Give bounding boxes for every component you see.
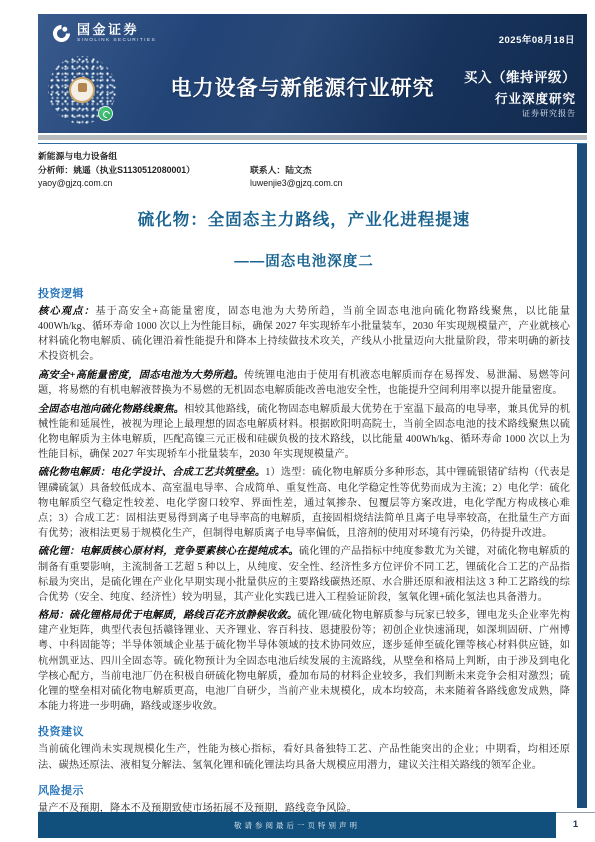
blue-divider [38, 143, 587, 145]
wechat-badge-icon [98, 106, 113, 121]
paragraph-lead: 核心观点： [38, 306, 95, 317]
section-heading: 投资建议 [38, 723, 570, 739]
paragraph-lead: 格局：硫化锂格局优于电解质，路线百花齐放静候收敛。 [38, 610, 297, 621]
brand-text: 国金证券 SINOLINK SECURITIES [77, 23, 156, 44]
sinolink-logo-icon [52, 24, 71, 43]
report-date: 2025年08月18日 [499, 32, 575, 46]
section-heading: 投资逻辑 [38, 285, 570, 301]
paragraph: 硫化物电解质：电化学设计、合成工艺共筑壁垒。1）选型：硫化物电解质分多种形态，其… [38, 465, 570, 540]
report-title: 硫化物：全固态主力路线，产业化进程提速 [38, 206, 570, 230]
team-name: 新能源与电力设备组 [38, 150, 570, 164]
contact-name: 联系人：陆文杰 [250, 164, 570, 178]
paragraph: 高安全+高能量密度，固态电池为大势所趋。传统锂电池由于使用有机液态电解质而存在易… [38, 368, 570, 398]
report-subtitle: ——固态电池深度二 [38, 250, 570, 271]
brand-name: 国金证券 [77, 23, 156, 36]
report-page: 国金证券 SINOLINK SECURITIES 2025年08月18日 电力设… [0, 0, 595, 842]
paragraph-lead: 硫化锂：电解质核心原材料，竞争要素核心在提纯成本。 [38, 546, 299, 557]
content-area: 新能源与电力设备组 分析师：姚遥（执业S1130512080001） yaoy@… [38, 150, 570, 820]
analyst-column: 分析师：姚遥（执业S1130512080001） yaoy@gjzq.com.c… [38, 164, 250, 191]
analyst-row: 分析师：姚遥（执业S1130512080001） yaoy@gjzq.com.c… [38, 164, 570, 191]
footer-disclaimer-bar: 敬请参阅最后一页特别声明 [38, 812, 556, 838]
brand-logo: 国金证券 SINOLINK SECURITIES [52, 23, 156, 44]
seal-emblem-icon [78, 83, 87, 92]
header-band: 国金证券 SINOLINK SECURITIES 2025年08月18日 电力设… [38, 14, 587, 133]
paragraph-text: 硫化锂/硫化物电解质参与玩家已较多，锂电龙头企业率先构建产业矩阵，典型代表包括赣… [38, 610, 570, 712]
header-right-column: 买入（维持评级） 行业深度研究 证券研究报告 [464, 71, 576, 118]
paragraph: 核心观点：基于高安全+高能量密度，固态电池为大势所趋，当前全固态电池向硫化物路线… [38, 304, 570, 364]
paragraph: 硫化锂：电解质核心原材料，竞争要素核心在提纯成本。硫化锂的产品指标中纯度参数尤为… [38, 544, 570, 604]
analyst-email: yaoy@gjzq.com.cn [38, 177, 250, 191]
right-edge-stripe [577, 144, 587, 808]
page-number: 1 [556, 812, 595, 838]
section-heading: 风险提示 [38, 782, 570, 798]
paragraph: 全固态电池向硫化物路线聚焦。相较其他路线，硫化物固态电解质最大优势在于室温下最高… [38, 402, 570, 462]
contact-column: 联系人：陆文杰 luwenjie3@gjzq.com.cn [250, 164, 570, 191]
rating-badge: 买入（维持评级） [464, 71, 576, 85]
qr-seal-icon [48, 56, 116, 124]
paragraph-lead: 高安全+高能量密度，固态电池为大势所趋。 [38, 370, 244, 381]
report-body: 投资逻辑核心观点：基于高安全+高能量密度，固态电池为大势所趋，当前全固态电池向硫… [38, 285, 570, 817]
paragraph-text: 基于高安全+高能量密度，固态电池为大势所趋，当前全固态电池向硫化物路线聚焦，以比… [38, 306, 570, 362]
brand-subtitle: SINOLINK SECURITIES [77, 39, 156, 44]
footer-disclaimer: 敬请参阅最后一页特别声明 [234, 820, 360, 831]
contact-email: luwenjie3@gjzq.com.cn [250, 177, 570, 191]
paragraph-text: 当前硫化锂尚未实现规模化生产，性能为核心指标，看好具备独特工艺、产品性能突出的企… [38, 744, 570, 770]
paragraph-lead: 全固态电池向硫化物路线聚焦。 [38, 404, 184, 415]
report-category-label: 证券研究报告 [464, 110, 576, 118]
paragraph: 格局：硫化锂格局优于电解质，路线百花齐放静候收敛。硫化锂/硫化物电解质参与玩家已… [38, 608, 570, 714]
paragraph-lead: 硫化物电解质：电化学设计、合成工艺共筑壁垒。 [38, 467, 265, 478]
analyst-block: 新能源与电力设备组 分析师：姚遥（执业S1130512080001） yaoy@… [38, 150, 570, 191]
report-type-label: 行业深度研究 [464, 93, 576, 106]
series-title: 电力设备与新能源行业研究 [156, 72, 449, 102]
gray-divider [38, 135, 587, 140]
analyst-name: 分析师：姚遥（执业S1130512080001） [38, 164, 250, 178]
paragraph: 当前硫化锂尚未实现规模化生产，性能为核心指标，看好具备独特工艺、产品性能突出的企… [38, 742, 570, 772]
